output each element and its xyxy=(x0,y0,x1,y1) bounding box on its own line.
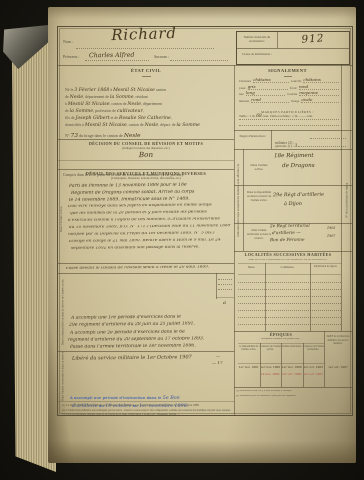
localites-col-dates: Dates. xyxy=(238,266,265,269)
liberation-line: Libéré du service militaire le 1er Octob… xyxy=(72,355,192,362)
services-subtitle: (Campagnes, blessures, actions d'éclat, … xyxy=(58,177,234,181)
matricule-number: 912 xyxy=(281,31,346,47)
footnote: (3) Pour les hommes répartis dans la 2e … xyxy=(62,413,231,416)
side-label-territoriale: Dans l'armée territoriale et dans sa rés… xyxy=(61,351,64,401)
affectation-row-label: Dans l'armée territoriale et dans sa rés… xyxy=(246,228,272,240)
affectation-margin-value: 1903 xyxy=(327,227,335,231)
epoques-col-header: la réserve de l'armée territoriale. xyxy=(303,345,325,352)
divider xyxy=(58,139,234,140)
trait-value: châtains xyxy=(303,77,339,83)
marques-label: MARQUES PARTICULIÈRES : xyxy=(234,111,341,115)
epoques-col-header: l'armée territoriale. xyxy=(281,345,303,348)
side-label-reserve: Dans la disponibilité ou dans la réserve… xyxy=(61,279,64,345)
firstnames-value: Charles Alfred xyxy=(89,51,135,59)
divider xyxy=(265,263,266,331)
rule xyxy=(85,60,149,61)
mobilisation-class-label: Classe de mobilisation : xyxy=(238,52,276,56)
signalement-title: SIGNALEMENT xyxy=(234,68,341,73)
footnote: (1) Le degré d'instruction générale sera… xyxy=(62,404,231,407)
affectation-row-label: Dans la disponibilité ou dans la réserve… xyxy=(246,190,272,202)
surname-value: Richard xyxy=(78,24,211,46)
service-record-line: Doit être renvoyé dans ses foyers en dis… xyxy=(68,203,231,210)
trait-label: front xyxy=(290,86,297,90)
service-record-line: le 14 novembre 1889. Immatriculé sous le… xyxy=(69,196,231,203)
divider xyxy=(237,48,349,49)
affectation-value: de Dragons xyxy=(282,163,315,170)
divider xyxy=(58,169,234,170)
trait-label: nez xyxy=(239,92,244,96)
trait-value: châtains xyxy=(253,77,289,83)
rule xyxy=(76,48,214,49)
epoque-value: 1er oct. 1907 xyxy=(324,366,352,369)
epoque-value-red: 1er oct. 1907 xyxy=(303,373,325,376)
affectation-row-label: Dans l'armée active. xyxy=(246,163,272,172)
divider xyxy=(310,263,311,331)
epoque-value: 1er nov. 1892 xyxy=(260,366,282,369)
service-record-line: Envoyé en congé le 21 mai 1890. Rentré l… xyxy=(69,238,231,245)
affectation-value: d'artillerie — xyxy=(272,232,301,237)
scanned-register-photo: Nom : Richard Prénoms : Charles Alfred S… xyxy=(0,0,364,480)
trait-label: sourcils xyxy=(291,79,302,83)
trait-value: rond xyxy=(299,84,339,90)
signalement-row: mentonrond visageovale xyxy=(239,97,339,103)
service-record-line: du 10 novembre 1889, B.O. N° 171.) (Déci… xyxy=(69,224,231,231)
reserve-line: Passé dans l'armée territoriale le 1er n… xyxy=(70,343,215,350)
epoques-col-header: la réserve de l'armée active. xyxy=(260,345,282,352)
divider xyxy=(243,149,244,251)
divider xyxy=(58,65,352,66)
table-row xyxy=(238,282,341,283)
table-row xyxy=(238,310,341,311)
service-record-line: que les hommes de la 2e portion et y fai… xyxy=(70,210,231,217)
divider xyxy=(234,65,235,415)
table-row xyxy=(238,317,341,318)
trait-label: yeux xyxy=(239,86,246,90)
divider xyxy=(234,149,352,150)
divider xyxy=(216,297,234,298)
rule xyxy=(298,146,346,147)
margin-mark: — 17 xyxy=(212,361,223,366)
divider xyxy=(238,274,341,275)
service-record-line: septembre 1892 en attendant son passage … xyxy=(71,245,231,252)
trait-label: visage xyxy=(291,99,300,103)
localites-col-subdivision: Subdivision de région. xyxy=(311,265,340,268)
signalement-row: Cheveuxchâtains sourcilschâtains xyxy=(239,77,339,83)
epoque-value: 1er oct. 1903 xyxy=(303,366,325,369)
rule xyxy=(170,60,228,61)
reserve-line: A accompli une 1re période d'exercices d… xyxy=(71,314,215,321)
localites-col-communes: Communes. xyxy=(265,266,310,269)
affectation-margin-value: 1907 xyxy=(327,235,335,239)
divider xyxy=(216,273,217,299)
note-mark: a xyxy=(223,301,226,307)
epoque-value: 1er nov. 1891 xyxy=(238,366,260,369)
margin-mark: — xyxy=(216,354,220,359)
firstnames-label: Prénoms : xyxy=(63,55,80,60)
surname-label: Nom : xyxy=(63,40,73,45)
divider xyxy=(234,387,352,388)
divider xyxy=(234,130,352,131)
divider xyxy=(341,65,342,331)
rule xyxy=(218,289,232,290)
divider xyxy=(58,263,234,264)
affectation-value: à Dijon xyxy=(284,202,302,208)
reserve-line: A accompli une 2e période d'exercices da… xyxy=(70,329,215,336)
reserve-line: régiment d'artillerie du 20 septembre au… xyxy=(68,336,215,343)
divider xyxy=(234,331,352,332)
conseil-revision-line: Passé devant le conseil de révision séan… xyxy=(66,265,232,272)
localites-subtitle: PAR SUITE DE CHANGEMENTS DE DOMICILE OU … xyxy=(236,259,340,262)
strip-label-subdivision: N° de la subdivision de région. xyxy=(345,182,348,218)
service-record-line: notifiée par la Dépêche au Préfet du 1er… xyxy=(68,231,231,238)
divider xyxy=(58,273,234,274)
rule xyxy=(218,284,232,285)
reserve-line: 29e régiment d'artillerie du 28 juin au … xyxy=(69,321,215,328)
table-row xyxy=(238,296,341,297)
matricule-box: Numéro matricule du recrutement : 912 Cl… xyxy=(236,31,350,65)
table-row xyxy=(238,289,341,290)
trait-label: menton xyxy=(239,99,249,103)
side-label-affectation: Indication des corps auxquels les hommes… xyxy=(237,163,241,237)
signalement-row: nezlong bouchemoyenne xyxy=(239,90,339,96)
divider xyxy=(58,351,234,352)
register-page: Nom : Richard Prénoms : Charles Alfred S… xyxy=(48,7,356,463)
instruction-label: Degré d'instruction : xyxy=(237,134,269,139)
fiche-matricule-form: Nom : Richard Prénoms : Charles Alfred S… xyxy=(57,26,353,416)
divider xyxy=(277,32,278,48)
rule xyxy=(239,119,339,120)
affectation-value: 29e Régt d'artillerie xyxy=(273,193,324,199)
service-record-line: d'exercices comme à l'égard de ces homme… xyxy=(68,217,231,224)
table-row xyxy=(238,303,341,304)
affectation-value: 2e Régt territorial xyxy=(270,225,310,230)
matricule-label: Numéro matricule du recrutement : xyxy=(238,35,276,43)
nickname-label: Surnom : xyxy=(154,55,169,60)
service-record-line: Parti de Péronne le 13 novembre 1889 pou… xyxy=(69,182,231,189)
affectation-value: 18e Régiment xyxy=(274,153,314,160)
trait-value: moyenne xyxy=(299,90,339,96)
trait-value: ovale xyxy=(301,97,339,103)
divider xyxy=(238,363,324,364)
footnote: (2) L'instruction militaire sera indiqué… xyxy=(62,409,231,412)
epoques-date-header: DATE de la libération définitive du serv… xyxy=(325,335,351,346)
rule xyxy=(239,125,339,126)
trait-value: gris xyxy=(248,84,288,90)
epoques-title: ÉPOQUES xyxy=(238,333,324,338)
service-record-line: Régiment de Dragons comme soldat. Arrivé… xyxy=(71,189,231,196)
epoques-subtitle: auxquelles l'homme doit passer dans : xyxy=(238,338,324,341)
trait-value: long xyxy=(246,90,286,96)
epoques-footnote: (1) Défalcation faite, s'il y a lieu, du… xyxy=(236,390,350,393)
affectation-value: Bon de Péronne xyxy=(270,239,305,244)
table-row xyxy=(238,324,341,325)
trait-value: rond xyxy=(251,97,289,103)
signalement-row: yeuxgris frontrond xyxy=(239,84,339,90)
divider xyxy=(238,263,341,264)
divider xyxy=(58,160,234,161)
trait-label: Cheveux xyxy=(239,79,251,83)
trait-label: bouche xyxy=(287,92,297,96)
divider xyxy=(58,401,234,402)
epoque-value: 1er nov. 1896 xyxy=(281,366,303,369)
conseil-decision-value: Bon xyxy=(58,150,234,160)
localites-title: LOCALITÉS SUCCESSIVES HABITÉES xyxy=(236,253,340,258)
side-label-armee-active: Dans l'armée active. xyxy=(60,206,64,233)
epoque-value-red: 14 nov. 1892 xyxy=(260,373,282,376)
instruction-militaire-label: militaire (2) : xyxy=(275,141,294,145)
divider xyxy=(234,185,352,186)
divider xyxy=(271,130,272,149)
ornament xyxy=(142,76,151,77)
rule xyxy=(218,279,232,280)
etat-civil-title: ÉTAT CIVIL xyxy=(58,68,234,73)
epoques-footnote: (2) Seulement pour les hommes n'ayant pa… xyxy=(236,395,350,398)
epoques-col-header: la disponibilité de l'armée active. xyxy=(238,345,260,352)
epoque-value-red: 1er oct. 1903 xyxy=(281,373,303,376)
